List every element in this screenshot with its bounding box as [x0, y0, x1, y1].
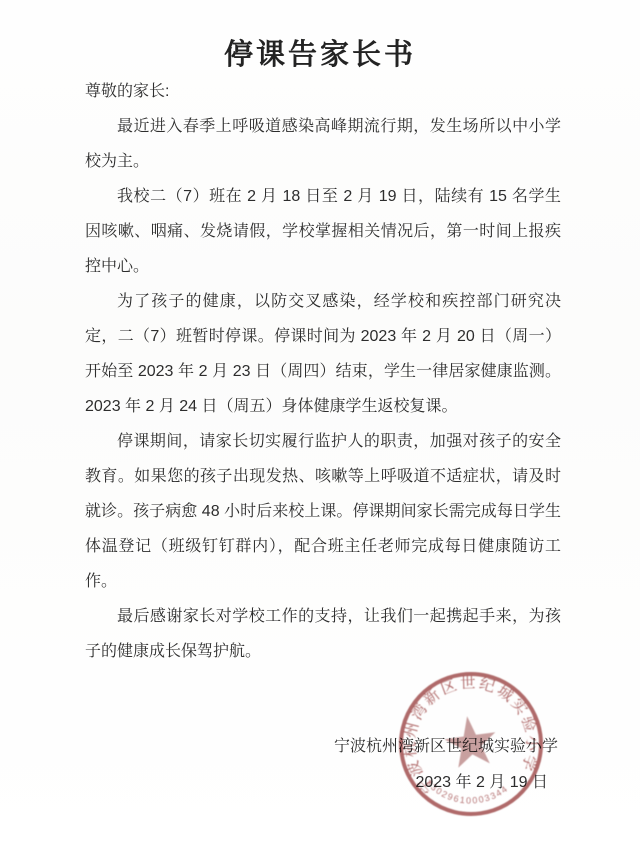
paragraph: 停课期间，请家长切实履行监护人的职责，加强对孩子的安全教育。如果您的孩子出现发热…	[85, 424, 561, 599]
document-date: 2023 年 2 月 19 日	[334, 765, 558, 801]
paragraph: 最后感谢家长对学校工作的支持，让我们一起携起手来，为孩子的健康成长保驾护航。	[85, 599, 561, 669]
paragraph: 最近进入春季上呼吸道感染高峰期流行期，发生场所以中小学校为主。	[85, 109, 561, 179]
notice-document: 停课告家长书 尊敬的家长: 最近进入春季上呼吸道感染高峰期流行期，发生场所以中小…	[0, 0, 640, 848]
signature-block: 宁波杭州湾新区世纪城实验小学 2023 年 2 月 19 日	[334, 729, 558, 801]
school-signature: 宁波杭州湾新区世纪城实验小学	[334, 729, 558, 765]
paragraph: 我校二（7）班在 2 月 18 日至 2 月 19 日，陆续有 15 名学生因咳…	[85, 179, 561, 284]
salutation: 尊敬的家长:	[85, 74, 561, 109]
document-title: 停课告家长书	[0, 32, 640, 73]
document-body: 尊敬的家长: 最近进入春季上呼吸道感染高峰期流行期，发生场所以中小学校为主。 我…	[85, 74, 561, 669]
paragraph: 为了孩子的健康，以防交叉感染，经学校和疾控部门研究决定，二（7）班暂时停课。停课…	[85, 284, 561, 424]
